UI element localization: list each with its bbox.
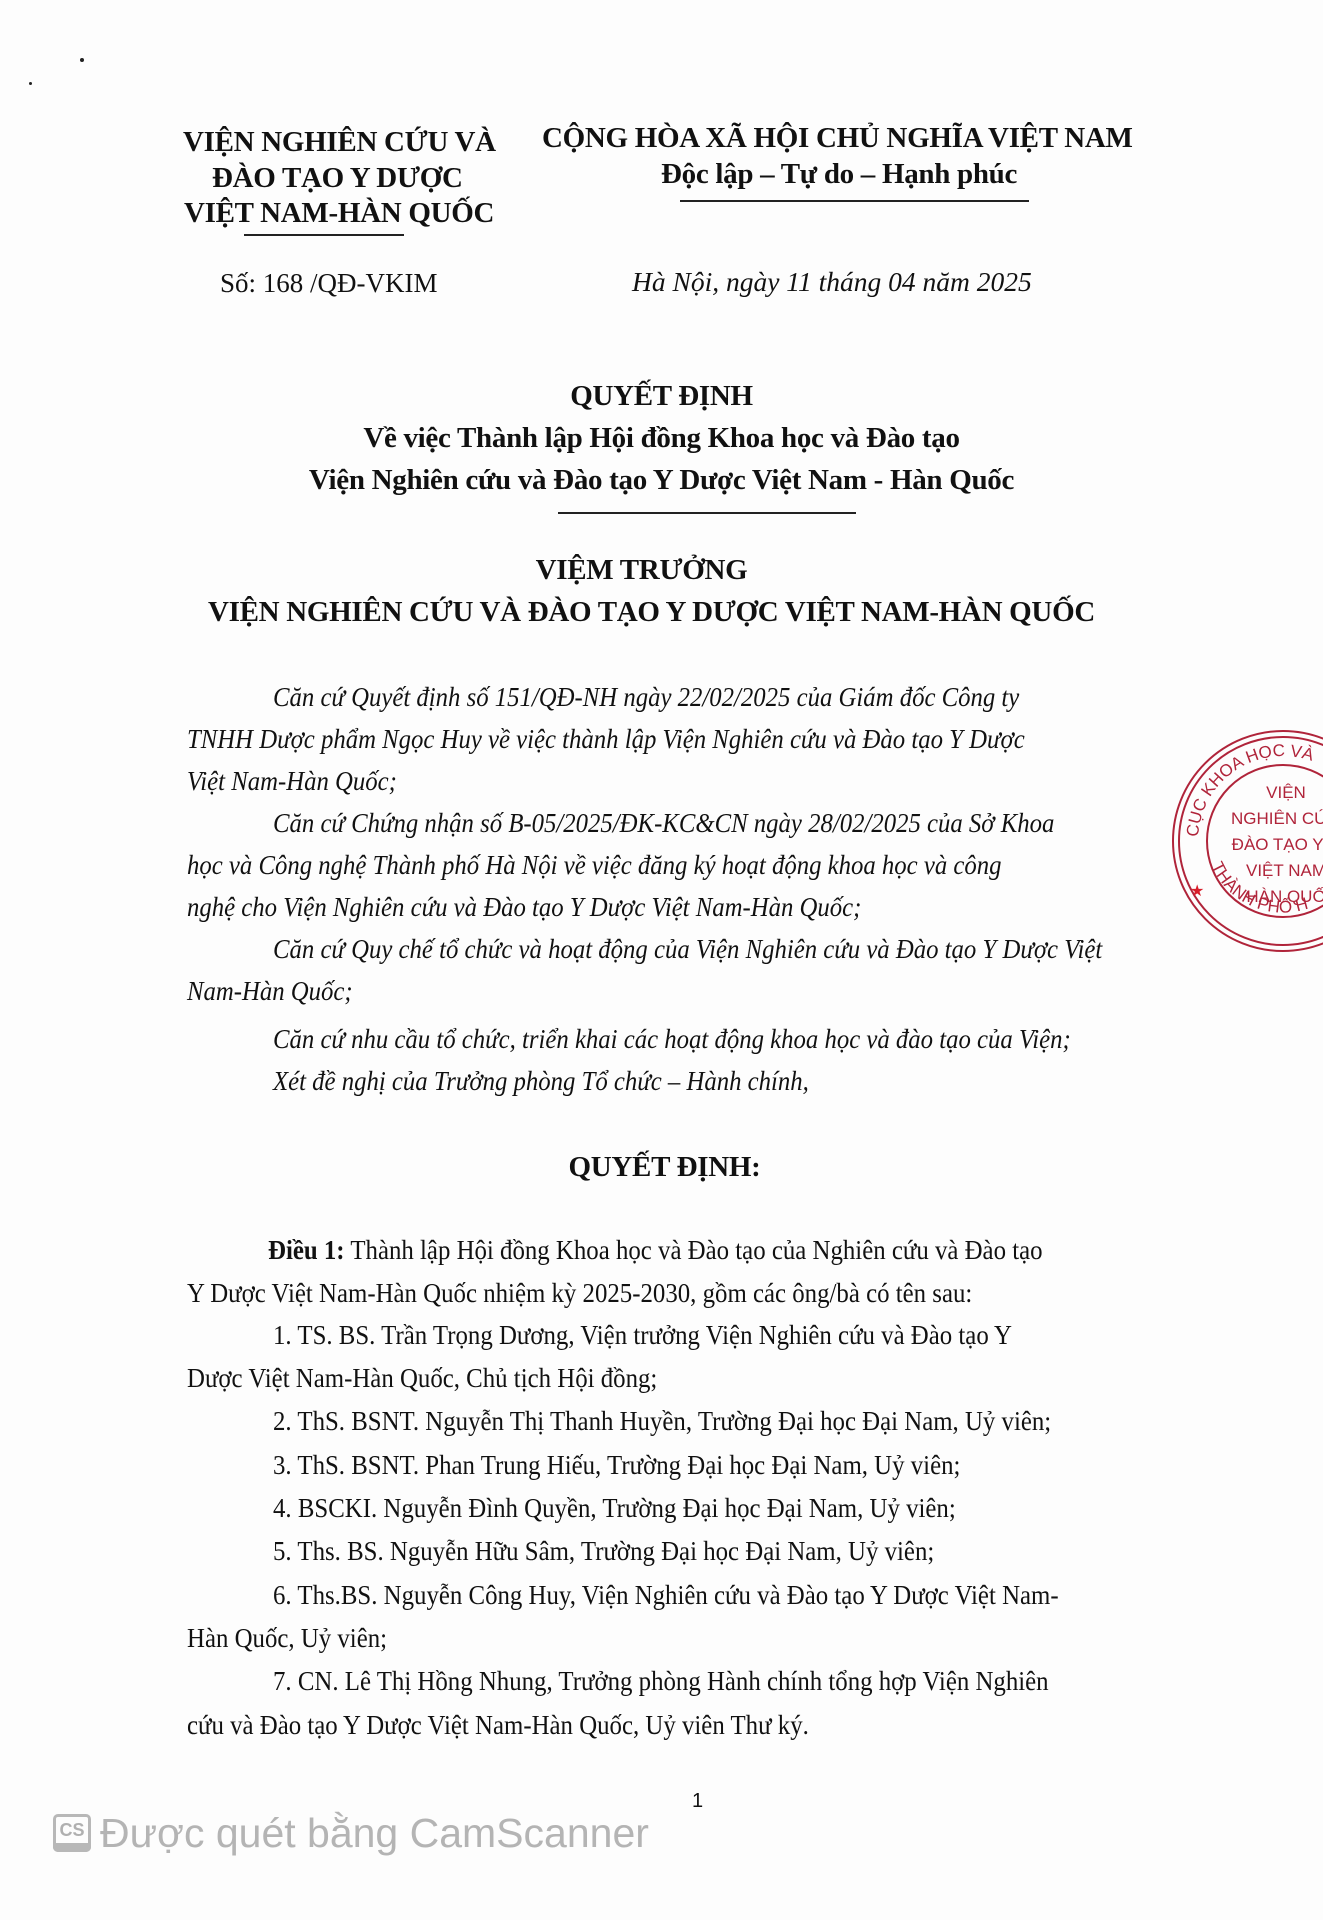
member-item: 5. Ths. BS. Nguyễn Hữu Sâm, Trường Đại h… — [273, 1538, 934, 1565]
page-number: 1 — [692, 1790, 703, 1813]
camscanner-logo-icon: CS — [53, 1814, 91, 1852]
document-number: Số: 168 /QĐ-VKIM — [220, 270, 438, 297]
article-1-line-2: Y Dược Việt Nam-Hàn Quốc nhiệm kỳ 2025-2… — [187, 1280, 972, 1307]
scan-speck — [80, 58, 84, 62]
preamble-line: học và Công nghệ Thành phố Hà Nội về việ… — [187, 851, 1002, 879]
decision-subject-1: Về việc Thành lập Hội đồng Khoa học và Đ… — [0, 424, 1323, 453]
member-item: cứu và Đào tạo Y Dược Việt Nam-Hàn Quốc,… — [187, 1712, 809, 1739]
national-motto: Độc lập – Tự do – Hạnh phúc — [661, 160, 1017, 189]
org-line-3: VIỆT NAM-HÀN QUỐC — [184, 199, 494, 228]
place-date: Hà Nội, ngày 11 tháng 04 năm 2025 — [632, 268, 1032, 296]
authority-org: VIỆN NGHIÊN CỨU VÀ ĐÀO TẠO Y DƯỢC VIỆT N… — [0, 598, 1313, 627]
preamble-line: Xét đề nghị của Trưởng phòng Tổ chức – H… — [273, 1067, 809, 1095]
member-item: Hàn Quốc, Uỷ viên; — [187, 1625, 387, 1652]
org-line-2: ĐÀO TẠO Y DƯỢC — [212, 164, 463, 193]
svg-text:VIỆT NAM: VIỆT NAM — [1246, 861, 1323, 880]
official-stamp-icon: CỤC KHOA HỌC VÀ THÀNH PHỐ H VIỆN NGHIÊN … — [1168, 726, 1323, 956]
preamble-line: Căn cứ Chứng nhận số B-05/2025/ĐK-KC&CN … — [273, 809, 1054, 837]
member-item: 7. CN. Lê Thị Hồng Nhung, Trưởng phòng H… — [273, 1668, 1049, 1695]
article-1-label: Điều 1: — [268, 1235, 345, 1265]
scan-speck — [29, 82, 32, 85]
preamble-line: Căn cứ Quy chế tổ chức và hoạt động của … — [273, 935, 1102, 963]
preamble-line: Căn cứ nhu cầu tổ chức, triển khai các h… — [273, 1025, 1071, 1053]
member-item: 1. TS. BS. Trần Trọng Dương, Viện trưởng… — [273, 1322, 1012, 1349]
national-title: CỘNG HÒA XÃ HỘI CHỦ NGHĨA VIỆT NAM — [542, 124, 1133, 153]
member-item: 6. Ths.BS. Nguyễn Công Huy, Viện Nghiên … — [273, 1582, 1059, 1609]
preamble-line: Căn cứ Quyết định số 151/QĐ-NH ngày 22/0… — [273, 683, 1019, 711]
authority-role: VIỆM TRƯỞNG — [0, 556, 1303, 585]
article-1-text: Thành lập Hội đồng Khoa học và Đào tạo c… — [345, 1235, 1043, 1265]
document-page: VIỆN NGHIÊN CỨU VÀ ĐÀO TẠO Y DƯỢC VIỆT N… — [0, 0, 1323, 1920]
svg-text:HÀN QUỐ: HÀN QUỐ — [1246, 886, 1323, 906]
svg-text:NGHIÊN CỨU: NGHIÊN CỨU — [1231, 809, 1323, 828]
member-item: 3. ThS. BSNT. Phan Trung Hiếu, Trường Đạ… — [273, 1452, 960, 1479]
preamble-line: Nam-Hàn Quốc; — [187, 977, 353, 1005]
org-line-1: VIỆN NGHIÊN CỨU VÀ — [183, 128, 496, 157]
stamp-star-icon: ★ — [1190, 883, 1204, 900]
member-item: 4. BSCKI. Nguyễn Đình Quyền, Trường Đại … — [273, 1495, 956, 1522]
preamble-line: nghệ cho Viện Nghiên cứu và Đào tạo Y Dư… — [187, 893, 861, 921]
preamble-line: TNHH Dược phẩm Ngọc Huy về việc thành lậ… — [187, 725, 1025, 753]
decision-subject-2: Viện Nghiên cứu và Đào tạo Y Dược Việt N… — [0, 466, 1323, 495]
article-1-line-1: Điều 1: Thành lập Hội đồng Khoa học và Đ… — [268, 1237, 1043, 1264]
motto-underline — [680, 200, 1029, 202]
svg-text:ĐÀO TẠO Y D: ĐÀO TẠO Y D — [1232, 835, 1323, 854]
title-underline — [558, 512, 856, 514]
member-item: 2. ThS. BSNT. Nguyễn Thị Thanh Huyền, Tr… — [273, 1408, 1051, 1435]
preamble-line: Việt Nam-Hàn Quốc; — [187, 767, 397, 795]
org-underline — [244, 234, 404, 236]
decision-title: QUYẾT ĐỊNH — [0, 382, 1323, 411]
decision-heading: QUYẾT ĐỊNH: — [3, 1153, 1323, 1182]
member-item: Dược Việt Nam-Hàn Quốc, Chủ tịch Hội đồn… — [187, 1365, 657, 1392]
camscanner-watermark-text: Được quét bằng CamScanner — [100, 1810, 649, 1857]
svg-text:VIỆN: VIỆN — [1266, 783, 1306, 802]
